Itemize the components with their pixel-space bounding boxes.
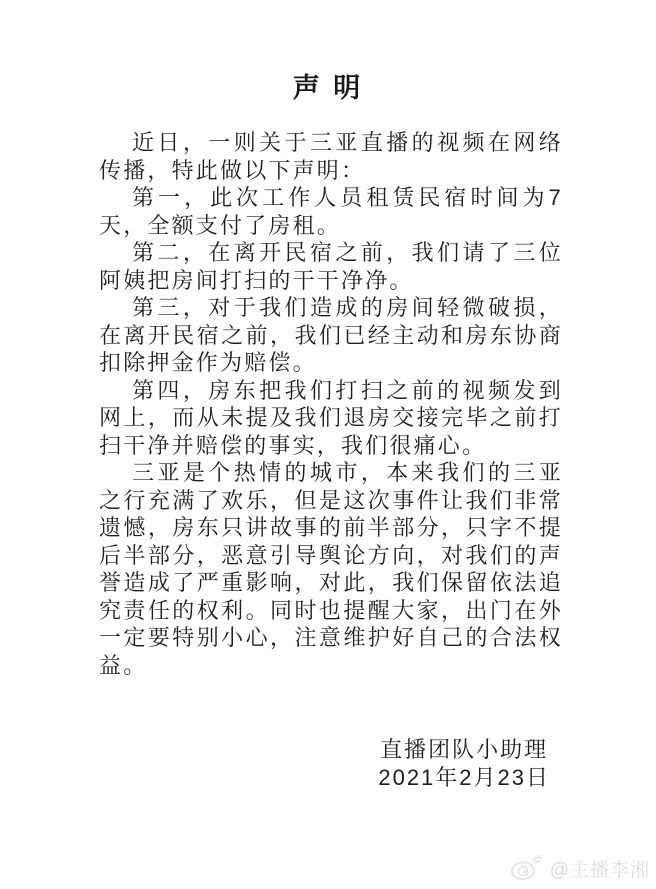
signature-date: 2021年2月23日 — [378, 764, 550, 792]
watermark: @主播李湘 — [509, 854, 650, 882]
paragraph-closing: 三亚是个热情的城市，本来我们的三亚之行充满了欢乐，但是这次事件让我们非常遗憾，房… — [99, 459, 563, 679]
watermark-handle: @主播李湘 — [550, 855, 650, 882]
paragraph-point-4: 第四，房东把我们打扫之前的视频发到网上，而从未提及我们退房交接完毕之前打扫干净并… — [99, 377, 563, 460]
paragraph-point-3: 第三，对于我们造成的房间轻微破损，在离开民宿之前，我们已经主动和房东协商扣除押金… — [99, 294, 563, 377]
statement-body: 近日，一则关于三亚直播的视频在网络传播，特此做以下声明： 第一，此次工作人员租赁… — [99, 129, 563, 679]
signature-block: 直播团队小助理 2021年2月23日 — [378, 736, 550, 792]
statement-page: 声 明 近日，一则关于三亚直播的视频在网络传播，特此做以下声明： 第一，此次工作… — [0, 0, 656, 889]
page-title: 声 明 — [0, 74, 656, 102]
paragraph-point-2: 第二，在离开民宿之前，我们请了三位阿姨把房间打扫的干干净净。 — [99, 239, 563, 294]
weibo-logo-icon — [509, 854, 545, 882]
paragraph-intro: 近日，一则关于三亚直播的视频在网络传播，特此做以下声明： — [99, 129, 563, 184]
signature-name: 直播团队小助理 — [378, 736, 550, 764]
paragraph-point-1: 第一，此次工作人员租赁民宿时间为7天，全额支付了房租。 — [99, 184, 563, 239]
